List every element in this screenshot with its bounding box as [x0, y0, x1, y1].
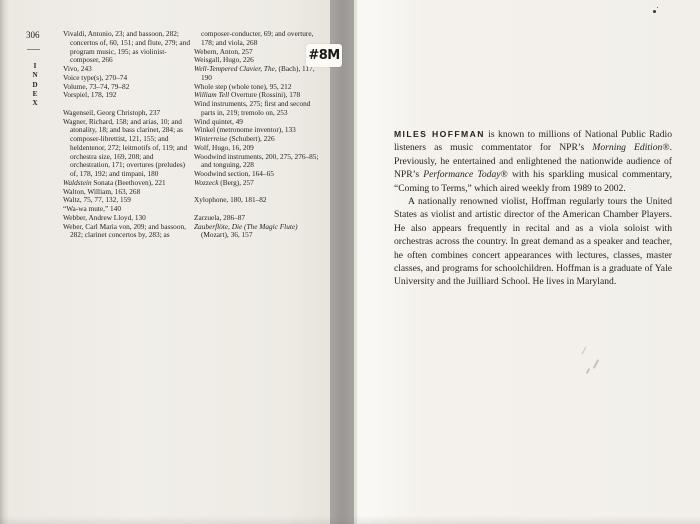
entry-italic-title: Zauberflöte, Die (The Magic Flute) — [194, 222, 298, 231]
entry-text: (Schubert), 226 — [227, 134, 274, 143]
paper-smudge — [582, 347, 587, 355]
index-column-1: Vivaldi, Antonio, 23; and bassoon, 282; … — [63, 30, 193, 240]
entry-italic-title: Well-Tempered Clavier, The, — [194, 64, 277, 73]
author-bio: Miles Hoffman is known to millions of Na… — [394, 128, 672, 289]
index-entry: composer-conducter, 69; and overture, 17… — [194, 30, 324, 48]
entry-text: (Mozart), 36, 157 — [201, 230, 252, 239]
folio-rule — [27, 49, 40, 50]
handwritten-sticker: #8M — [306, 44, 342, 67]
paper-smudge — [593, 359, 599, 369]
left-page: 306 I N D E X Vivaldi, Antonio, 23; and … — [0, 0, 334, 524]
page-number: 306 — [26, 30, 40, 40]
index-entry: Wozzeck (Berg), 257 — [194, 179, 324, 188]
program-title: Performance Today — [423, 169, 500, 180]
index-entry: Well-Tempered Clavier, The, (Bach), 117,… — [194, 65, 324, 83]
entry-text: Sonata (Beethoven), 221 — [92, 178, 166, 187]
index-entry: Woodwind instruments, 200, 275, 276–85; … — [194, 153, 324, 171]
index-entry: Xylophone, 180, 181–82 — [194, 196, 324, 205]
side-letter: X — [31, 99, 39, 108]
index-entry: Weber, Carl Maria von, 209; and bassoon,… — [63, 223, 193, 241]
author-name: Miles Hoffman — [394, 129, 485, 139]
paper-speck — [657, 7, 658, 8]
program-title: Morning Edition — [592, 142, 662, 153]
paper-speck — [653, 10, 656, 13]
index-entry: Zauberflöte, Die (The Magic Flute) (Moza… — [194, 223, 324, 241]
index-column-2: composer-conducter, 69; and overture, 17… — [194, 30, 324, 240]
paper-smudge — [586, 368, 591, 374]
side-letter: I — [31, 62, 39, 71]
bio-paragraph-1: Miles Hoffman is known to millions of Na… — [394, 128, 672, 195]
entry-italic-title: Winterreise — [194, 134, 227, 143]
bio-paragraph-2: A nationally renowned violist, Hoffman r… — [394, 195, 672, 289]
entry-italic-title: Waldstein — [63, 178, 92, 187]
page-bottom-shadow — [0, 516, 700, 524]
index-entry: Vorspiel, 178, 192 — [63, 91, 193, 100]
index-entry: Wind instruments, 275; first and second … — [194, 100, 324, 118]
index-side-label: I N D E X — [31, 62, 39, 108]
entry-italic-title: William Tell — [194, 90, 229, 99]
book-gutter — [330, 0, 354, 524]
side-letter: E — [31, 90, 39, 99]
side-letter: D — [31, 81, 39, 90]
side-letter: N — [31, 71, 39, 80]
entry-text: Overture (Rossini), 178 — [229, 90, 300, 99]
index-entry: Vivaldi, Antonio, 23; and bassoon, 282; … — [63, 30, 193, 65]
page-edge — [354, 0, 357, 524]
index-entry: Wagner, Richard, 158; and arias, 10; and… — [63, 118, 193, 179]
entry-italic-title: Wozzeck — [194, 178, 218, 187]
entry-text: (Berg), 257 — [218, 178, 253, 187]
